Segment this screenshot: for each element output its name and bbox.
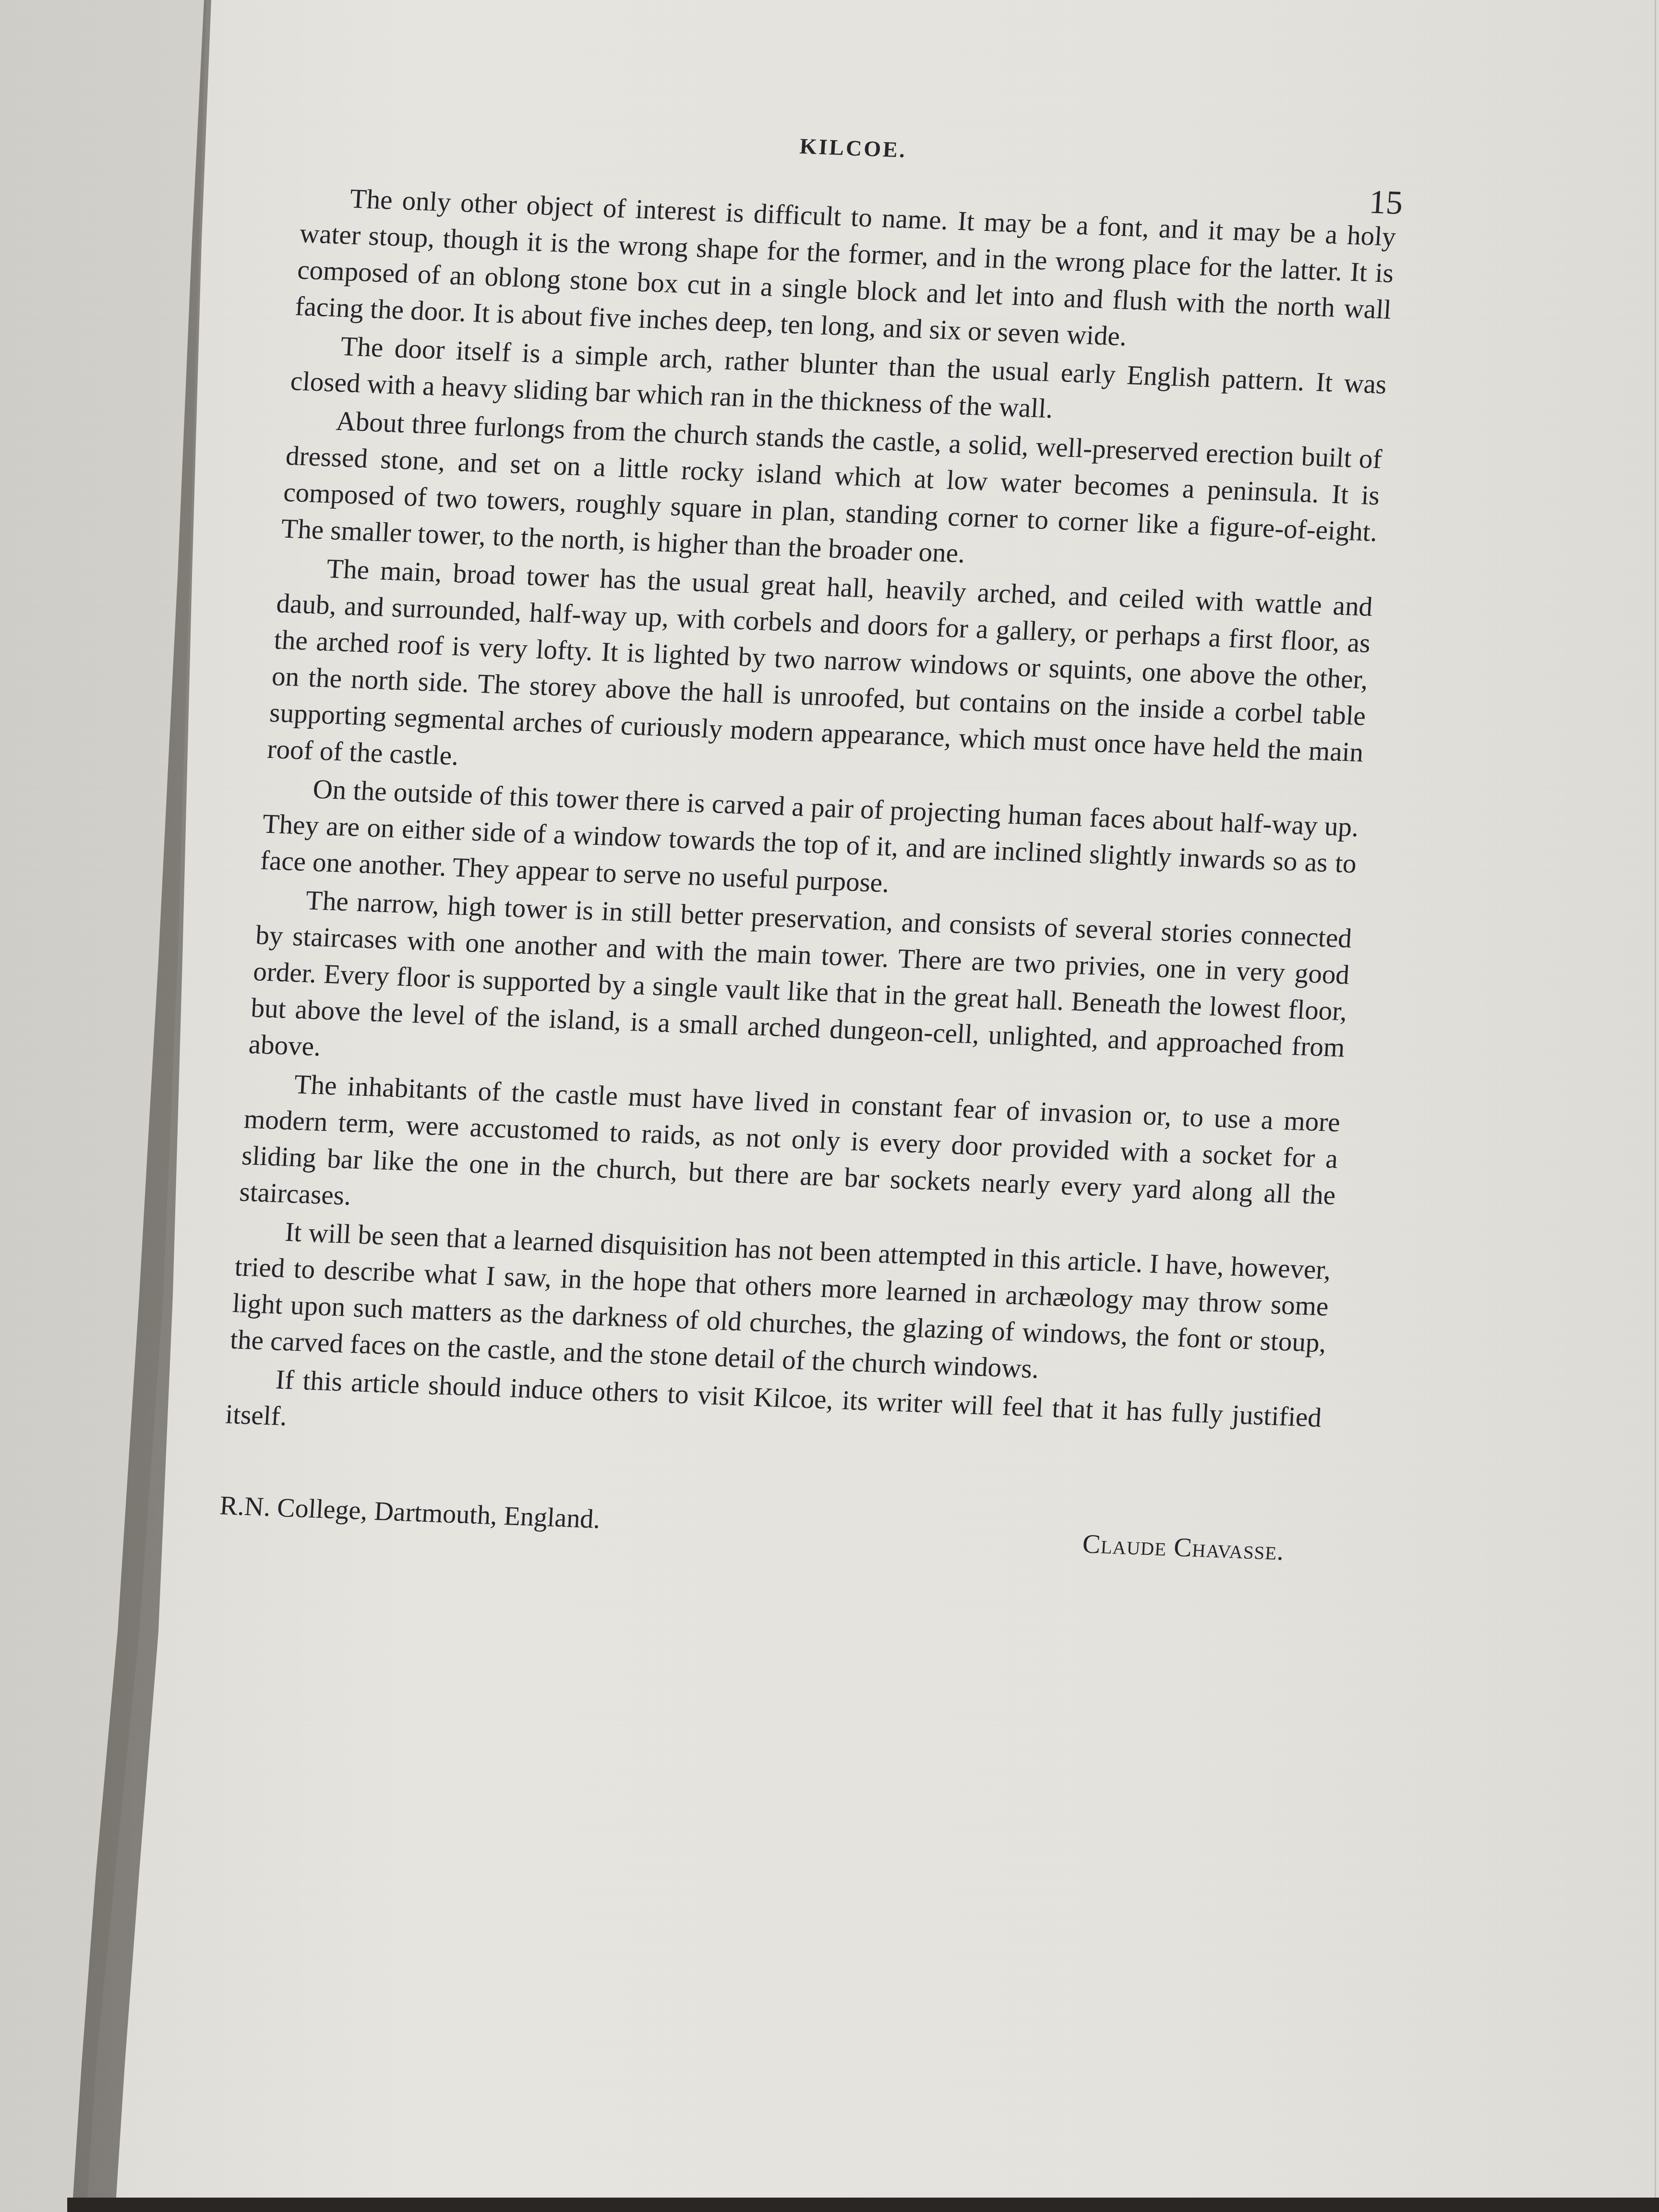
article-body: The only other object of interest is dif…: [224, 179, 1397, 1473]
page-text-block: KILCOE. 15 The only other object of inte…: [218, 115, 1401, 1568]
book-cover-edge: [67, 2198, 1659, 2212]
paragraph: The narrow, high tower is in still bette…: [248, 880, 1353, 1103]
page-number: 15: [1368, 183, 1404, 222]
paragraph: The main, broad tower has the usual grea…: [266, 549, 1374, 808]
page-edge: [1655, 0, 1656, 2212]
